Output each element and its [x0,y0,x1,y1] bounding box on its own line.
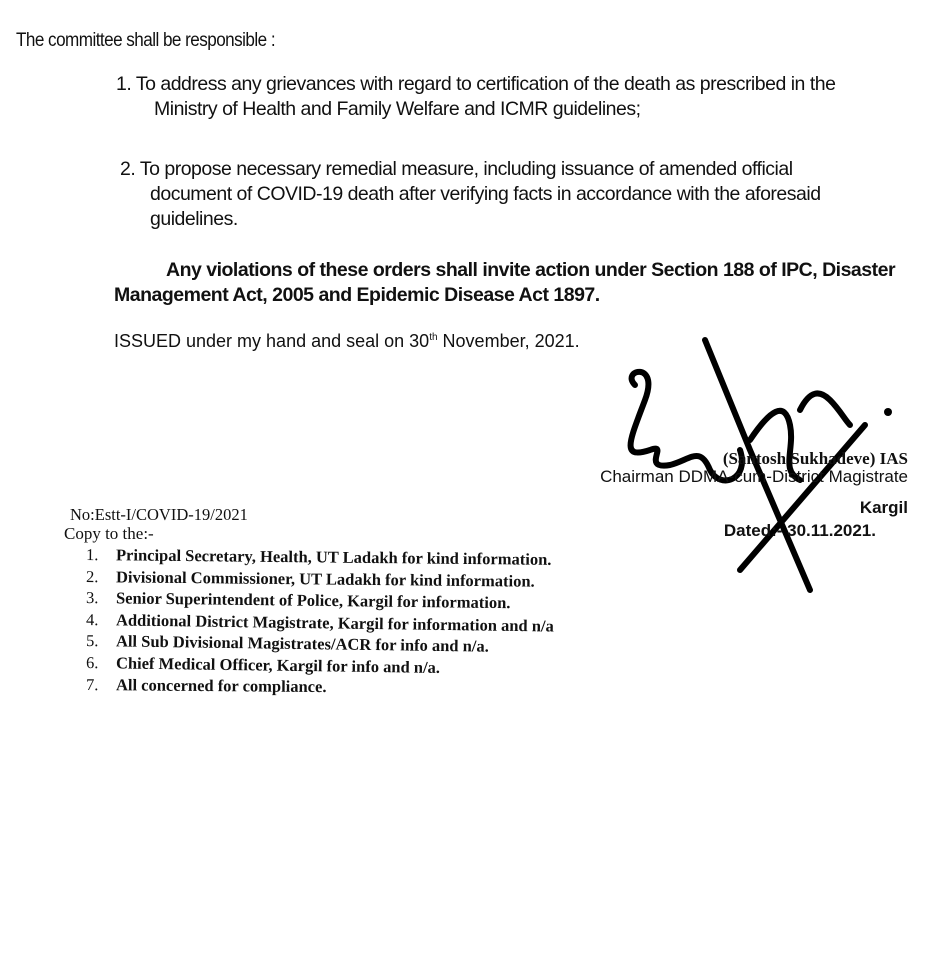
item-text: To propose necessary remedial measure, i… [140,158,793,180]
reference-number: No:Estt-I/COVID-19/2021 [70,505,248,525]
issued-statement: ISSUED under my hand and seal on 30th No… [114,331,580,352]
copy-to-heading: Copy to the:- [64,524,154,544]
signatory-name: (Santosh Sukhadeve) IAS [723,449,908,469]
list-item: 7.All concerned for compliance. [86,675,554,701]
signature-date: Dated:- 30.11.2021. [724,521,876,541]
item-number: 1. [116,73,131,95]
intro-text: The committee shall be responsible : [16,30,275,52]
item-number: 2. [120,158,135,180]
copy-to-list: 1.Principal Secretary, Health, UT Ladakh… [86,545,554,696]
signatory-title: Chairman DDMA-cum-District Magistrate [600,467,908,487]
violation-notice: Any violations of these orders shall inv… [114,258,914,308]
signatory-place: Kargil [860,498,908,518]
item-text: document of COVID-19 death after verifyi… [120,182,900,207]
item-text: Ministry of Health and Family Welfare an… [116,97,924,122]
responsibility-item-1: 1. To address any grievances with regard… [116,72,924,122]
item-text: guidelines. [120,207,900,232]
item-text: To address any grievances with regard to… [136,73,836,95]
responsibility-item-2: 2. To propose necessary remedial measure… [120,157,900,232]
